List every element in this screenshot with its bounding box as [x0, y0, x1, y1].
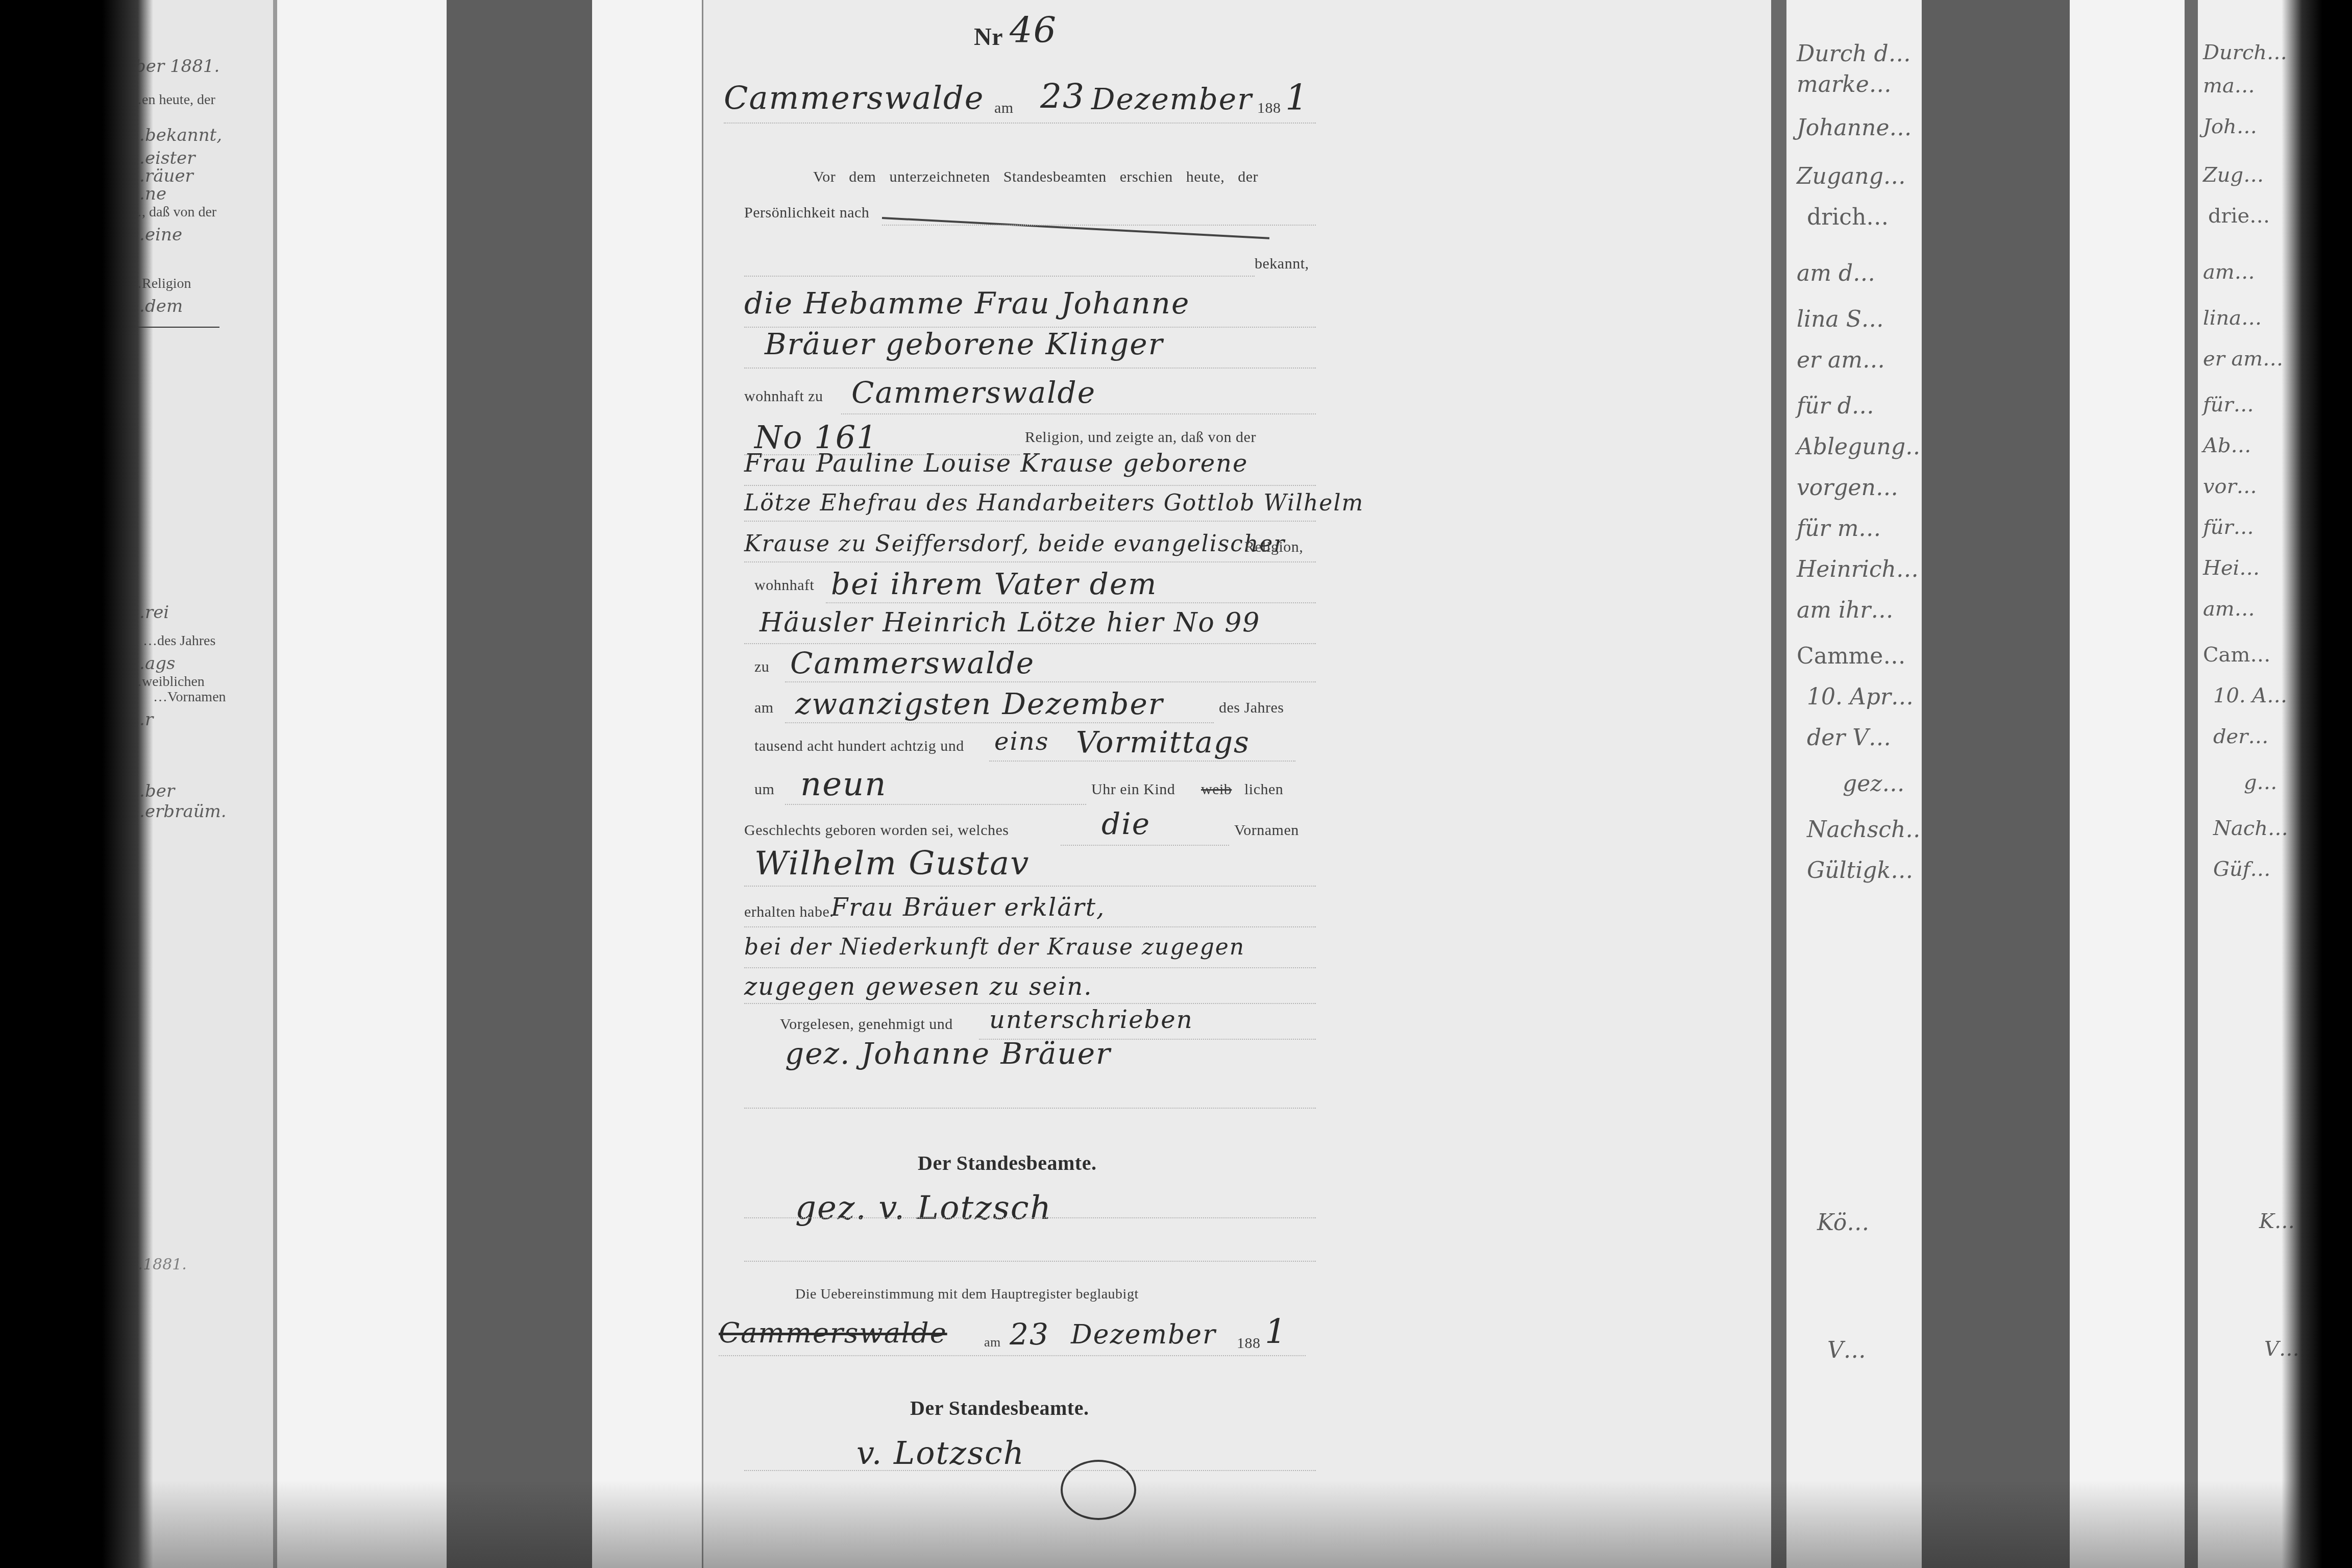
main-register-page: Nr 46 Cammerswalde am 23 Dezember 188 1 … — [702, 0, 1775, 1568]
remark-line-1: Frau Bräuer erklärt, — [831, 893, 1105, 922]
far-right-fragment-line: ma… — [2203, 74, 2255, 97]
far-right-fragment-line: 10. A… — [2213, 684, 2287, 707]
right-fragment-line: gez… — [1843, 771, 1904, 797]
far-right-fragment-line: vor… — [2203, 475, 2257, 498]
right-page-fragment: Durch d… marke… Johanne… Zugang… drich… … — [1786, 0, 1922, 1568]
am-label-2: am — [754, 699, 774, 717]
far-right-fragment-line: für… — [2203, 393, 2254, 416]
birth-year-handwritten: eins — [994, 727, 1049, 756]
personlichkeit-label: Persönlichkeit nach — [744, 204, 869, 222]
far-right-fragment-line: am… — [2203, 260, 2255, 284]
film-strip-white-left-2 — [592, 0, 702, 1568]
wohnhaft-label: wohnhaft zu — [744, 388, 823, 405]
mother-residence-line-2: Häusler Heinrich Lötze hier No 99 — [759, 607, 1260, 638]
informant-residence: Cammerswalde — [851, 375, 1096, 410]
remark-line-2: bei der Niederkunft der Krause zugegen — [744, 934, 1245, 960]
right-fragment-line: Gültigk… — [1807, 857, 1913, 884]
film-vignette-bottom — [0, 1480, 2352, 1568]
mother-residence-line-1: bei ihrem Vater dem — [831, 567, 1157, 601]
right-page-edge — [1771, 0, 1786, 1568]
religion-intro: Religion, und zeigte an, daß von der — [1025, 429, 1256, 446]
birth-day: zwanzigsten Dezember — [795, 687, 1163, 721]
time-of-day: Vormittags — [1076, 725, 1250, 759]
geschlechts-label: Geschlechts geboren worden sei, welches — [744, 822, 1009, 839]
film-vignette-left — [0, 0, 153, 1568]
left-fragment-line: …Vornamen — [153, 689, 226, 705]
des-jahres-label: des Jahres — [1219, 699, 1284, 717]
film-band-left — [447, 0, 592, 1568]
right-fragment-line: er am… — [1797, 347, 1885, 373]
remark-line-3: zugegen gewesen zu sein. — [744, 972, 1093, 1001]
right-fragment-line: Zugang… — [1797, 163, 1906, 189]
right-fragment-line: der V… — [1807, 725, 1891, 751]
right-fragment-line: 10. Apr… — [1807, 684, 1914, 710]
cert-place: Cammerswalde — [719, 1317, 947, 1349]
record-number: 46 — [1010, 9, 1057, 51]
mother-line-3: Krause zu Seiffersdorf, beide evangelisc… — [744, 531, 1285, 557]
right-fragment-line: am d… — [1797, 260, 1875, 286]
erhalten-label: erhalten habe. — [744, 903, 834, 921]
film-strip-white-right — [2070, 0, 2185, 1568]
certification-text: Die Uebereinstimmung mit dem Hauptregist… — [795, 1286, 1139, 1303]
sex-struck: weib — [1201, 781, 1232, 798]
right-fragment-line: Camme… — [1797, 643, 1905, 669]
vornamen-label: Vornamen — [1234, 822, 1299, 839]
child-name: Wilhelm Gustav — [754, 845, 1030, 883]
right-fragment-line: drich… — [1807, 204, 1889, 230]
sex-suffix: lichen — [1244, 781, 1283, 798]
right-fragment-line: Ablegung… — [1797, 434, 1928, 460]
right-fragment-line: Nachsch… — [1807, 817, 1928, 843]
far-right-fragment-line: der… — [2213, 725, 2268, 748]
year-handwritten: 1 — [1285, 77, 1309, 118]
film-band-right — [1922, 0, 2070, 1568]
wohnhaft-label-2: wohnhaft — [754, 577, 814, 594]
cert-month: Dezember — [1071, 1319, 1216, 1350]
far-right-fragment-line: für… — [2203, 516, 2254, 539]
right-fragment-line: am ihr… — [1797, 597, 1893, 623]
film-strip-white-left — [277, 0, 447, 1568]
mother-residence-place: Cammerswalde — [790, 646, 1035, 680]
registrar-title: Der Standesbeamte. — [918, 1151, 1096, 1175]
far-right-fragment-line: Ab… — [2203, 434, 2251, 457]
birth-hour: neun — [800, 766, 887, 803]
registrar-signature-2: v. Lotzsch — [856, 1434, 1025, 1472]
far-right-fragment-line: er am… — [2203, 347, 2283, 371]
informant-signature: gez. Johanne Bräuer — [785, 1036, 1111, 1071]
registrar-signature: gez. v. Lotzsch — [795, 1189, 1052, 1227]
left-fragment-line: …des Jahres — [143, 633, 215, 649]
film-vignette-right — [2282, 0, 2352, 1568]
registration-month: Dezember — [1091, 82, 1253, 116]
year-printed: 188 — [1257, 100, 1281, 117]
cert-day: 23 — [1010, 1317, 1049, 1352]
year-printed-text: tausend acht hundert achtzig und — [754, 738, 964, 755]
religion-label: Religion, — [1244, 538, 1303, 556]
far-right-page-edge — [2185, 0, 2198, 1568]
cert-year-handwritten: 1 — [1265, 1312, 1287, 1351]
right-fragment-line: vorgen… — [1797, 475, 1898, 501]
right-fragment-line: für m… — [1797, 516, 1881, 542]
vorgelesen-label: Vorgelesen, genehmigt und — [780, 1016, 953, 1033]
informant-line-1: die Hebamme Frau Johanne — [744, 286, 1190, 321]
right-fragment-line: für d… — [1797, 393, 1874, 419]
am-label: am — [994, 100, 1014, 117]
cert-year-printed: 188 — [1237, 1335, 1261, 1352]
right-fragment-line: Kö… — [1817, 1210, 1869, 1236]
far-right-fragment-line: Cam… — [2203, 643, 2270, 667]
vornamen-article: die — [1101, 806, 1150, 841]
far-right-fragment-line: am… — [2203, 597, 2255, 621]
mother-line-2: Lötze Ehefrau des Handarbeiters Gottlob … — [744, 490, 1364, 516]
registrar-title-2: Der Standesbeamte. — [910, 1396, 1089, 1420]
zu-label: zu — [754, 658, 769, 676]
far-right-fragment-line: Zug… — [2203, 163, 2264, 187]
far-right-fragment-line: Hei… — [2203, 556, 2260, 580]
right-fragment-line: Heinrich… — [1797, 556, 1919, 582]
right-fragment-line: Durch d… — [1797, 41, 1911, 67]
right-fragment-line: Johanne… — [1797, 115, 1912, 141]
registration-day: 23 — [1040, 77, 1085, 116]
right-fragment-line: V… — [1827, 1337, 1866, 1363]
mother-line-1: Frau Pauline Louise Krause geborene — [744, 449, 1248, 478]
far-right-fragment-line: Durch… — [2203, 41, 2287, 64]
far-right-fragment-line: Nach… — [2213, 817, 2288, 840]
right-fragment-line: lina S… — [1797, 306, 1884, 332]
far-right-fragment-line: g… — [2244, 771, 2277, 794]
um-label: um — [754, 781, 774, 798]
far-right-fragment-line: drie… — [2208, 204, 2270, 228]
uhr-label: Uhr ein Kind — [1091, 781, 1175, 798]
bekannt-label: bekannt, — [1255, 255, 1309, 273]
informant-line-2: Bräuer geborene Klinger — [765, 327, 1163, 361]
far-right-fragment-line: lina… — [2203, 306, 2262, 330]
far-right-fragment-line: Joh… — [2203, 115, 2257, 138]
right-fragment-line: marke… — [1797, 71, 1892, 97]
unterschrieben: unterschrieben — [989, 1006, 1193, 1034]
intro-text: Vor dem unterzeichneten Standesbeamten e… — [813, 168, 1258, 186]
record-number-label: Nr — [974, 23, 1003, 51]
place: Cammerswalde — [724, 79, 984, 116]
far-right-fragment-line: Güf… — [2213, 857, 2271, 881]
left-page-edge — [273, 0, 277, 1568]
cert-am-label: am — [984, 1335, 1001, 1350]
